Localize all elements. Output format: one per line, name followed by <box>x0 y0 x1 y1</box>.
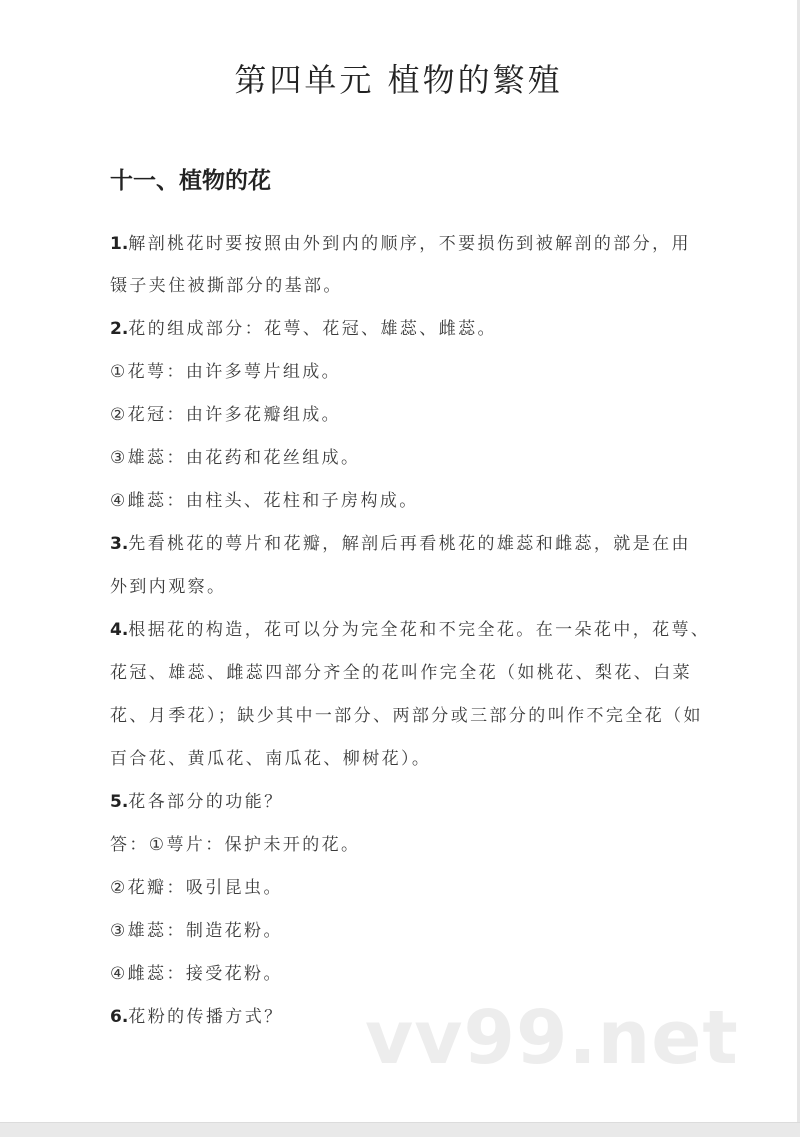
line-text: 先看桃花的萼片和花瓣，解剖后再看桃花的雄蕊和雌蕊，就是在由 <box>128 534 691 554</box>
line-text: 百合花、黄瓜花、南瓜花、柳树花）。 <box>110 749 431 769</box>
line-text: ④雌蕊：由柱头、花柱和子房构成。 <box>110 491 419 511</box>
content-line: 答：①萼片：保护未开的花。 <box>110 830 360 855</box>
line-text: ③雄蕊：制造花粉。 <box>110 921 283 941</box>
line-text: 花的组成部分：花萼、花冠、雄蕊、雌蕊。 <box>128 319 497 339</box>
content-line: 百合花、黄瓜花、南瓜花、柳树花）。 <box>110 744 431 769</box>
content-line: 6.花粉的传播方式？ <box>110 1002 284 1027</box>
content-line: 4.根据花的构造，花可以分为完全花和不完全花。在一朵花中，花萼、 <box>110 615 710 640</box>
content-line: ③雄蕊：由花药和花丝组成。 <box>110 443 360 468</box>
content-line: ①花萼：由许多萼片组成。 <box>110 357 341 382</box>
line-text: 花粉的传播方式？ <box>128 1007 283 1027</box>
section-heading: 十一、植物的花 <box>110 162 271 195</box>
content-line: ④雌蕊：接受花粉。 <box>110 959 283 984</box>
line-text: ④雌蕊：接受花粉。 <box>110 964 283 984</box>
line-text: ②花瓣：吸引昆虫。 <box>110 878 283 898</box>
item-number: 5. <box>110 792 128 812</box>
line-text: 外到内观察。 <box>110 577 226 597</box>
line-text: 解剖桃花时要按照由外到内的顺序，不要损伤到被解剖的部分，用 <box>128 234 691 254</box>
document-title: 第四单元 植物的繁殖 <box>0 55 797 101</box>
line-text: 答：①萼片：保护未开的花。 <box>110 835 360 855</box>
content-line: ③雄蕊：制造花粉。 <box>110 916 283 941</box>
content-line: 花、月季花）；缺少其中一部分、两部分或三部分的叫作不完全花（如 <box>110 701 703 726</box>
line-text: ①花萼：由许多萼片组成。 <box>110 362 341 382</box>
content-line: ②花瓣：吸引昆虫。 <box>110 873 283 898</box>
content-line: 5.花各部分的功能？ <box>110 787 284 812</box>
item-number: 2. <box>110 319 128 339</box>
page-bottom-edge <box>0 1122 800 1137</box>
line-text: 镊子夹住被撕部分的基部。 <box>110 276 343 296</box>
line-text: 花冠、雄蕊、雌蕊四部分齐全的花叫作完全花（如桃花、梨花、白菜 <box>110 663 692 683</box>
line-text: ②花冠：由许多花瓣组成。 <box>110 405 341 425</box>
watermark: vv99.net <box>365 995 739 1081</box>
item-number: 1. <box>110 234 128 254</box>
document-page: 第四单元 植物的繁殖 十一、植物的花 1.解剖桃花时要按照由外到内的顺序，不要损… <box>0 0 800 1122</box>
content-line: 镊子夹住被撕部分的基部。 <box>110 271 343 296</box>
line-text: 花各部分的功能？ <box>128 792 283 812</box>
item-number: 4. <box>110 620 128 640</box>
line-text: 根据花的构造，花可以分为完全花和不完全花。在一朵花中，花萼、 <box>128 620 710 640</box>
content-line: 外到内观察。 <box>110 572 226 597</box>
content-line: 1.解剖桃花时要按照由外到内的顺序，不要损伤到被解剖的部分，用 <box>110 229 691 254</box>
item-number: 6. <box>110 1007 128 1027</box>
content-line: ②花冠：由许多花瓣组成。 <box>110 400 341 425</box>
line-text: ③雄蕊：由花药和花丝组成。 <box>110 448 360 468</box>
content-line: 2.花的组成部分：花萼、花冠、雄蕊、雌蕊。 <box>110 314 497 339</box>
line-text: 花、月季花）；缺少其中一部分、两部分或三部分的叫作不完全花（如 <box>110 706 703 726</box>
item-number: 3. <box>110 534 128 554</box>
content-line: 花冠、雄蕊、雌蕊四部分齐全的花叫作完全花（如桃花、梨花、白菜 <box>110 658 692 683</box>
content-line: ④雌蕊：由柱头、花柱和子房构成。 <box>110 486 419 511</box>
content-line: 3.先看桃花的萼片和花瓣，解剖后再看桃花的雄蕊和雌蕊，就是在由 <box>110 529 691 554</box>
